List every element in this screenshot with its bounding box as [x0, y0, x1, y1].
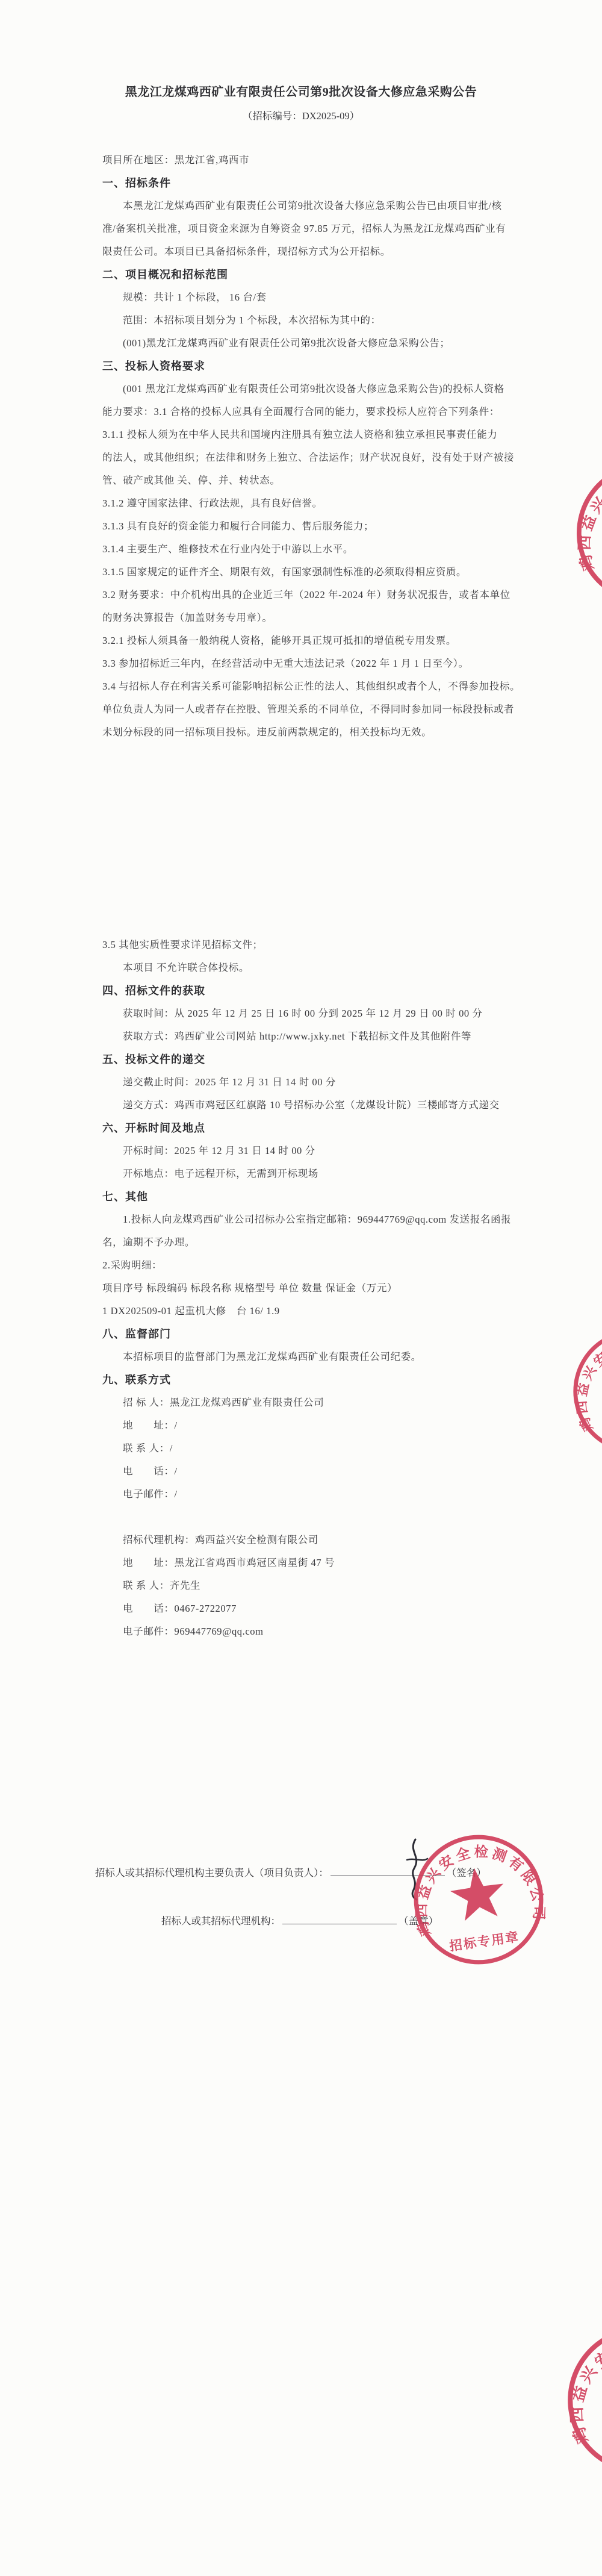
opening-place-line: 开标地点：电子远程开标，无需到开标现场: [102, 1162, 536, 1185]
opening-time-line: 开标时间：2025 年 12 月 31 日 14 时 00 分: [102, 1140, 536, 1162]
doc-line: 名，逾期不予办理。: [102, 1231, 536, 1254]
scale-line: 规模：共计 1 个标段， 16 台/套: [102, 286, 536, 309]
doc-line: 单位负责人为同一人或者存在控股、管理关系的不同单位，不得同时参加同一标段投标或者: [102, 698, 536, 721]
agency-email-line: 电子邮件：969447769@qq.com: [102, 1620, 536, 1643]
doc-line: 限责任公司。本项目已具备招标条件，现招标方式为公开招标。: [102, 240, 536, 263]
doc-line: 管、破产或其他 关、停、并、转状态。: [102, 469, 536, 492]
doc-line: 的法人，或其他组织；在法律和财务上独立、合法运作；财产状况良好，没有处于财产被接: [102, 446, 536, 469]
section-7-heading: 七、其他: [102, 1185, 536, 1208]
agency-round-stamp-edge-bottom: 鸡西益兴安全检测有限公司 招标专用章: [553, 2312, 602, 2489]
section-2-heading: 二、项目概况和招标范围: [102, 263, 536, 286]
section-6-heading: 六、开标时间及地点: [102, 1117, 536, 1140]
doc-line: 3.3 参加招标近三年内，在经营活动中无重大违法记录（2022 年 1 月 1 …: [102, 652, 536, 675]
stamp-company-text: 鸡西益兴安全检测有限公司: [555, 2324, 602, 2447]
procurement-detail-row: 1 DX202509-01 起重机大修 台 16/ 1.9: [102, 1300, 536, 1323]
agency-contact-line: 联 系 人：齐先生: [102, 1574, 536, 1597]
agency-round-stamp: 鸡西益兴安全检测有限公司 招标专用章: [403, 1824, 555, 1976]
doc-line: 3.1.2 遵守国家法律、行政法规，具有良好信誉。: [102, 492, 536, 515]
tenderer-contact-line: 联 系 人：/: [102, 1437, 536, 1460]
doc-line: 准/备案机关批准，项目资金来源为自筹资金 97.85 万元，招标人为黑龙江龙煤鸡…: [102, 217, 536, 240]
doc-line: 3.1.3 具有良好的资金能力和履行合同能力、售后服务能力；: [102, 515, 536, 538]
tenderer-address-line: 地 址：/: [102, 1414, 536, 1437]
doc-line: 3.2.1 投标人须具备一般纳税人资格，能够开具正规可抵扣的增值税专用发票。: [102, 629, 536, 652]
stamp-type-text: 招标专用章: [448, 1929, 520, 1954]
tenderer-phone-line: 电 话：/: [102, 1460, 536, 1483]
procurement-detail-header: 项目序号 标段编码 标段名称 规格型号 单位 数量 保证金（万元）: [102, 1277, 536, 1300]
agency-phone-line: 电 话：0467-2722077: [102, 1597, 536, 1620]
agency-address-line: 地 址：黑龙江省鸡西市鸡冠区南星街 47 号: [102, 1552, 536, 1574]
section-9-heading: 九、联系方式: [102, 1368, 536, 1391]
doc-line: (001 黑龙江龙煤鸡西矿业有限责任公司第9批次设备大修应急采购公告)的投标人资…: [102, 378, 536, 401]
doc-line: 本黑龙江龙煤鸡西矿业有限责任公司第9批次设备大修应急采购公告已由项目审批/核: [102, 195, 536, 217]
section-3-heading: 三、投标人资格要求: [102, 355, 536, 378]
doc-line: (001)黑龙江龙煤鸡西矿业有限责任公司第9批次设备大修应急采购公告；: [102, 332, 536, 355]
signature-line-agency-seal: 招标人或其招标代理机构：（盖章）: [161, 1913, 438, 1927]
section-5-heading: 五、投标文件的递交: [102, 1048, 536, 1071]
doc-line: 3.4 与招标人存在利害关系可能影响招标公正性的法人、其他组织或者个人，不得参加…: [102, 675, 536, 698]
doc-line: 能力要求：3.1 合格的投标人应具有全面履行合同的能力，要求投标人应符合下列条件…: [102, 401, 536, 423]
document-body: 项目所在地区：黑龙江省,鸡西市一、招标条件本黑龙江龙煤鸡西矿业有限责任公司第9批…: [0, 149, 602, 1643]
doc-line: 本项目 不允许联合体投标。: [102, 956, 536, 979]
doc-line: 3.1.5 国家规定的证件齐全、期限有效，有国家强制性标准的必须取得相应资质。: [102, 561, 536, 584]
doc-line: 3.2 财务要求：中介机构出具的企业近三年（2022 年-2024 年）财务状况…: [102, 584, 536, 607]
submission-method-line: 递交方式：鸡西市鸡冠区红旗路 10 号招标办公室（龙煤设计院）三楼邮寄方式递交: [102, 1094, 536, 1117]
section-4-heading: 四、招标文件的获取: [102, 979, 536, 1002]
doc-line: 的财务决算报告（加盖财务专用章）。: [102, 607, 536, 629]
doc-line: 本招标项目的监督部门为黑龙江龙煤鸡西矿业有限责任公司纪委。: [102, 1346, 536, 1368]
doc-line: 3.5 其他实质性要求详见招标文件；: [102, 934, 536, 956]
section-1-heading: 一、招标条件: [102, 172, 536, 195]
tenderer-line: 招 标 人：黑龙江龙煤鸡西矿业有限责任公司: [102, 1391, 536, 1414]
submission-deadline-line: 递交截止时间：2025 年 12 月 31 日 14 时 00 分: [102, 1071, 536, 1094]
page-title: 黑龙江龙煤鸡西矿业有限责任公司第9批次设备大修应急采购公告: [0, 0, 602, 99]
svg-text:鸡西益兴安全检测有限公司: 鸡西益兴安全检测有限公司: [555, 2324, 602, 2447]
signature-line1-label: 招标人或其招标代理机构主要负责人（项目负责人）：: [95, 1867, 329, 1879]
procurement-detail-label: 2.采购明细：: [102, 1254, 536, 1277]
tenderer-email-line: 电子邮件：/: [102, 1483, 536, 1506]
signature-line2-label: 招标人或其招标代理机构：: [161, 1915, 281, 1927]
obtain-method-line: 获取方式：鸡西矿业公司网站 http://www.jxky.net 下载招标文件…: [102, 1025, 536, 1048]
doc-line: 未划分标段的同一招标项目投标。违反前两款规定的，相关投标均无效。: [102, 721, 536, 744]
scope-line: 范围：本招标项目划分为 1 个标段，本次招标为其中的：: [102, 309, 536, 332]
doc-line: 1.投标人向龙煤鸡西矿业公司招标办公室指定邮箱：969447769@qq.com…: [102, 1208, 536, 1231]
scanned-tender-announcement-page: 黑龙江龙煤鸡西矿业有限责任公司第9批次设备大修应急采购公告 （招标编号：DX20…: [0, 0, 602, 2576]
doc-line: 3.1.4 主要生产、维修技术在行业内处于中游以上水平。: [102, 538, 536, 561]
doc-line: 3.1.1 投标人须为在中华人民共和国境内注册具有独立法人资格和独立承担民事责任…: [102, 423, 536, 446]
tender-number: （招标编号：DX2025-09）: [0, 108, 602, 122]
project-location-line: 项目所在地区：黑龙江省,鸡西市: [102, 149, 536, 172]
stamp-star-icon: [448, 1864, 508, 1922]
signature-line2-blank: [282, 1915, 397, 1924]
section-8-heading: 八、监督部门: [102, 1323, 536, 1346]
agency-line: 招标代理机构：鸡西益兴安全检测有限公司: [102, 1529, 536, 1552]
obtain-time-line: 获取时间：从 2025 年 12 月 25 日 16 时 00 分到 2025 …: [102, 1002, 536, 1025]
